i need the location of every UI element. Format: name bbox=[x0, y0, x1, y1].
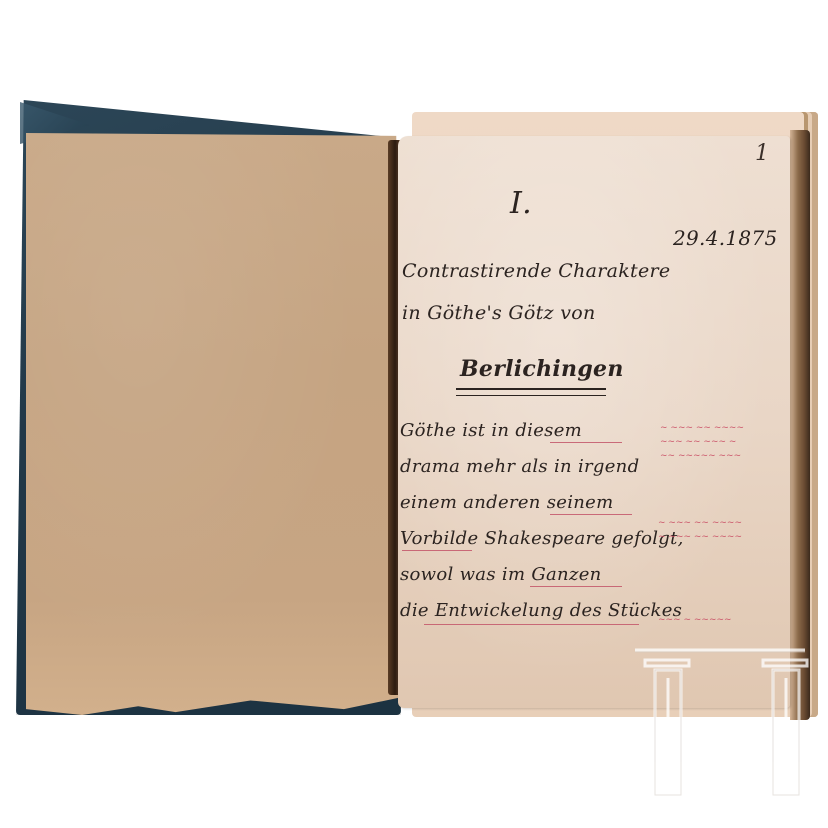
margin-note: ~ ~~~ ~~ ~~~~~~~ ~~ ~~~ ~~~ ~~~~~ ~~~ bbox=[660, 421, 744, 463]
red-underline bbox=[550, 514, 632, 515]
twin-columns-logo-icon bbox=[615, 630, 815, 820]
body-line: sowol was im Ganzen bbox=[400, 564, 602, 585]
page-number: 1 bbox=[755, 141, 769, 166]
body-line: die Entwickelung des Stückes bbox=[400, 600, 682, 621]
red-underline bbox=[550, 442, 622, 443]
body-line: Vorbilde Shakespeare gefolgt, bbox=[400, 528, 684, 549]
margin-note: ~ ~~~ ~~ ~~~~~ ~~~ ~~ ~~~~ bbox=[658, 516, 742, 544]
title-line-1: Contrastirende Charaktere bbox=[402, 260, 670, 282]
red-underline bbox=[402, 550, 472, 551]
red-underline bbox=[530, 586, 622, 587]
date: 29.4.1875 bbox=[673, 226, 778, 250]
title-line-2: in Göthe's Götz von bbox=[402, 302, 596, 324]
red-underline bbox=[424, 624, 639, 625]
notebook-photo: 1 I. 29.4.1875 Contrastirende Charaktere… bbox=[0, 0, 828, 828]
section-numeral: I. bbox=[510, 186, 532, 221]
body-line: drama mehr als in irgend bbox=[400, 456, 639, 477]
title-line-3: Berlichingen bbox=[460, 356, 624, 382]
title-underline bbox=[456, 388, 606, 396]
body-line: Göthe ist in diesem bbox=[400, 420, 582, 441]
manuscript-page: 1 I. 29.4.1875 Contrastirende Charaktere… bbox=[398, 136, 790, 708]
body-line: einem anderen seinem bbox=[400, 492, 613, 513]
margin-note: ~~~ ~ ~~~~~ bbox=[658, 613, 732, 627]
brown-endpaper bbox=[26, 133, 400, 715]
